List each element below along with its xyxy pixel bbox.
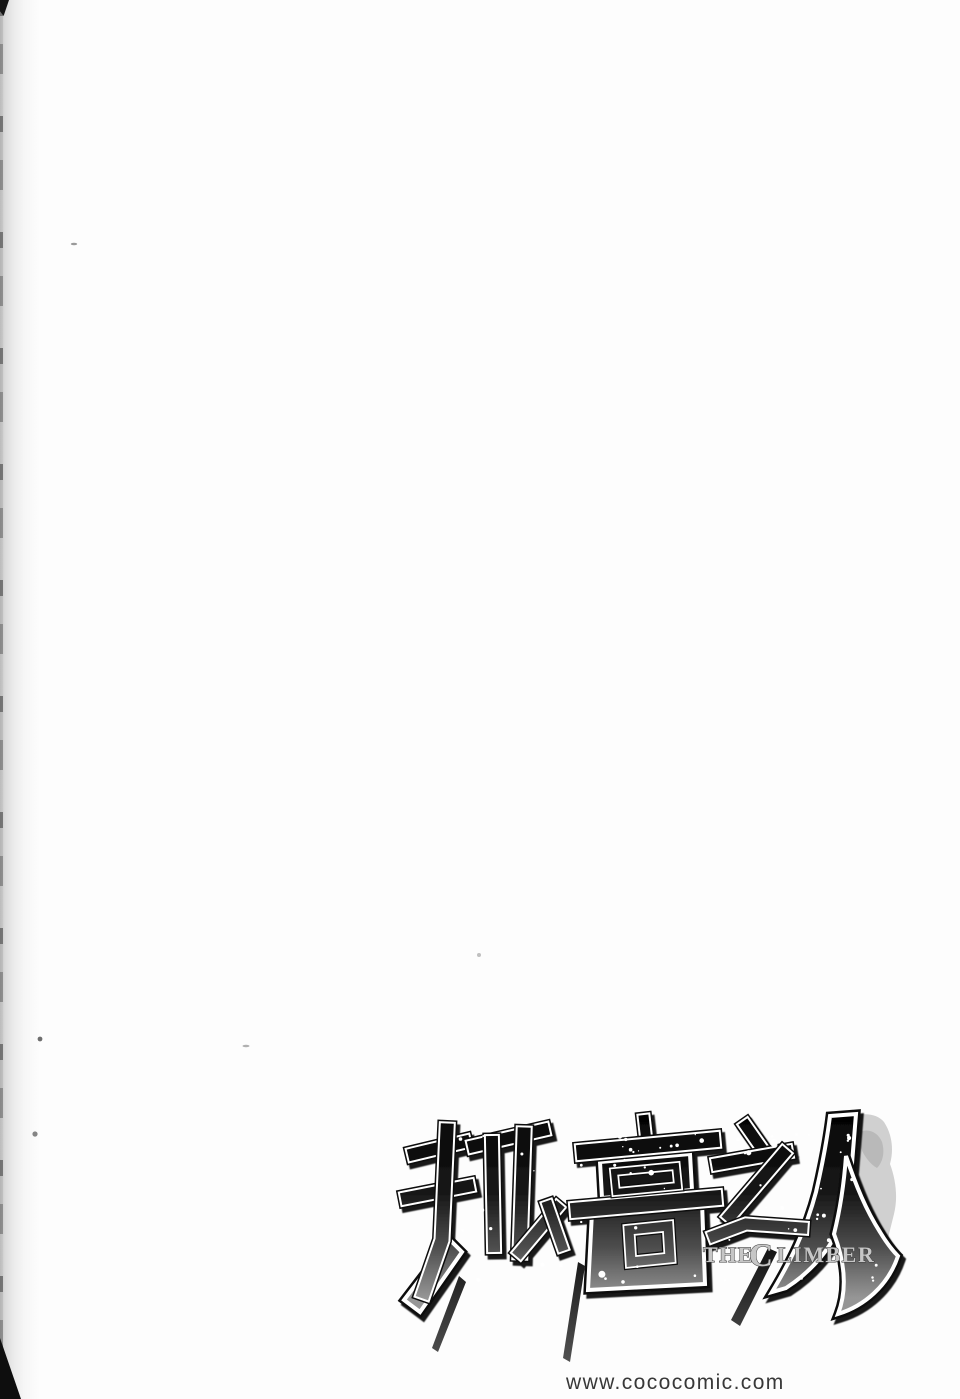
logo-subtitle-limber: LIMBER [777, 1242, 875, 1267]
watermark: www.cococomic.com [566, 1371, 785, 1395]
dust-specks [32, 243, 481, 1137]
logo-subtitle-the: THE [703, 1242, 754, 1267]
logo-subtitle-c: C [749, 1238, 774, 1274]
series-logo: THE C LIMBER [0, 0, 960, 1399]
